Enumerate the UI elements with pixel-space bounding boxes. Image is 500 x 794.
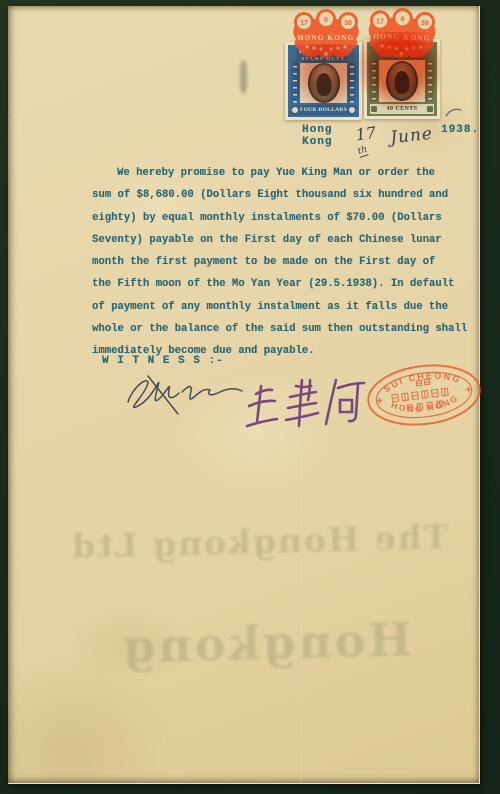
dateline-month-handwritten: June	[389, 124, 434, 148]
stamp-side-ornament	[370, 60, 378, 102]
cancel-handstamp-right: 17 6 38 HONG KONG	[363, 7, 441, 63]
promissory-line: of payment of any monthly instalment as …	[92, 296, 464, 318]
stamp-middle	[370, 60, 434, 102]
stamp-denomination: FOUR DOLLARS	[291, 105, 356, 115]
promissory-line: whole or the balance of the said sum the…	[92, 318, 464, 340]
promissory-line: We hereby promise to pay Yue King Man or…	[92, 162, 464, 184]
dateline-ordinal: th	[357, 144, 369, 157]
dateline: Hong Kong 17th June 1938.	[302, 124, 479, 162]
king-george-portrait	[386, 61, 418, 101]
promissory-line: the Fifth moon of the Mo Yan Year (29.5.…	[92, 273, 464, 295]
stamp-denomination: 40 CENTS	[370, 104, 434, 114]
chinese-signature-ho-wah-sang	[238, 368, 372, 456]
stamp-vignette	[300, 63, 347, 103]
stamp-side-ornament	[426, 60, 434, 102]
cancel-day: 17	[300, 20, 308, 27]
cancel-month: 6	[400, 15, 404, 23]
dateline-place: Hong Kong	[302, 124, 350, 148]
witness-signature	[114, 366, 254, 422]
stamp-middle	[291, 63, 356, 103]
photograph-background: The Hongkong Ltd Hongkong HONG KONG STAM…	[0, 0, 500, 794]
promissory-line: sum of $8,680.00 (Dollars Eight thousand…	[92, 184, 464, 206]
cancel-year: 38	[344, 20, 352, 27]
cancel-year: 38	[421, 19, 429, 27]
cancel-day: 17	[376, 17, 384, 25]
dateline-year: 1938.	[441, 124, 479, 136]
promissory-line: Seventy) payable on the First day of eac…	[92, 229, 464, 251]
paper-crease	[48, 486, 448, 489]
cancel-handstamp-left: 17 6 38 HONG KONG	[289, 9, 363, 61]
king-george-portrait	[308, 63, 340, 103]
ink-smudge	[240, 60, 247, 94]
promissory-line: eighty) by equal monthly instalments of …	[92, 207, 464, 229]
dateline-day-handwritten: 17th	[355, 123, 381, 164]
cancel-place: HONG KONG	[298, 33, 355, 42]
bleedthrough-text-top: The Hongkong Ltd	[70, 517, 449, 566]
promissory-line: month the first payment to be made on th…	[92, 251, 464, 273]
stamp-side-ornament	[348, 63, 356, 103]
stamp-vignette	[379, 60, 425, 102]
cancel-month: 6	[324, 17, 328, 24]
pen-mark	[444, 104, 464, 120]
bleedthrough-text-bottom: Hongkong	[119, 612, 412, 674]
sui-cheong-company-chop: SUI CHEONG HONG KONG	[364, 362, 484, 428]
svg-text:SUI CHEONG: SUI CHEONG	[381, 366, 464, 394]
stamp-side-ornament	[291, 63, 299, 103]
promissory-text-block: We hereby promise to pay Yue King Man or…	[92, 162, 464, 363]
chop-name-english: SUI CHEONG	[381, 366, 464, 394]
document-paper: The Hongkong Ltd Hongkong HONG KONG STAM…	[8, 6, 480, 784]
